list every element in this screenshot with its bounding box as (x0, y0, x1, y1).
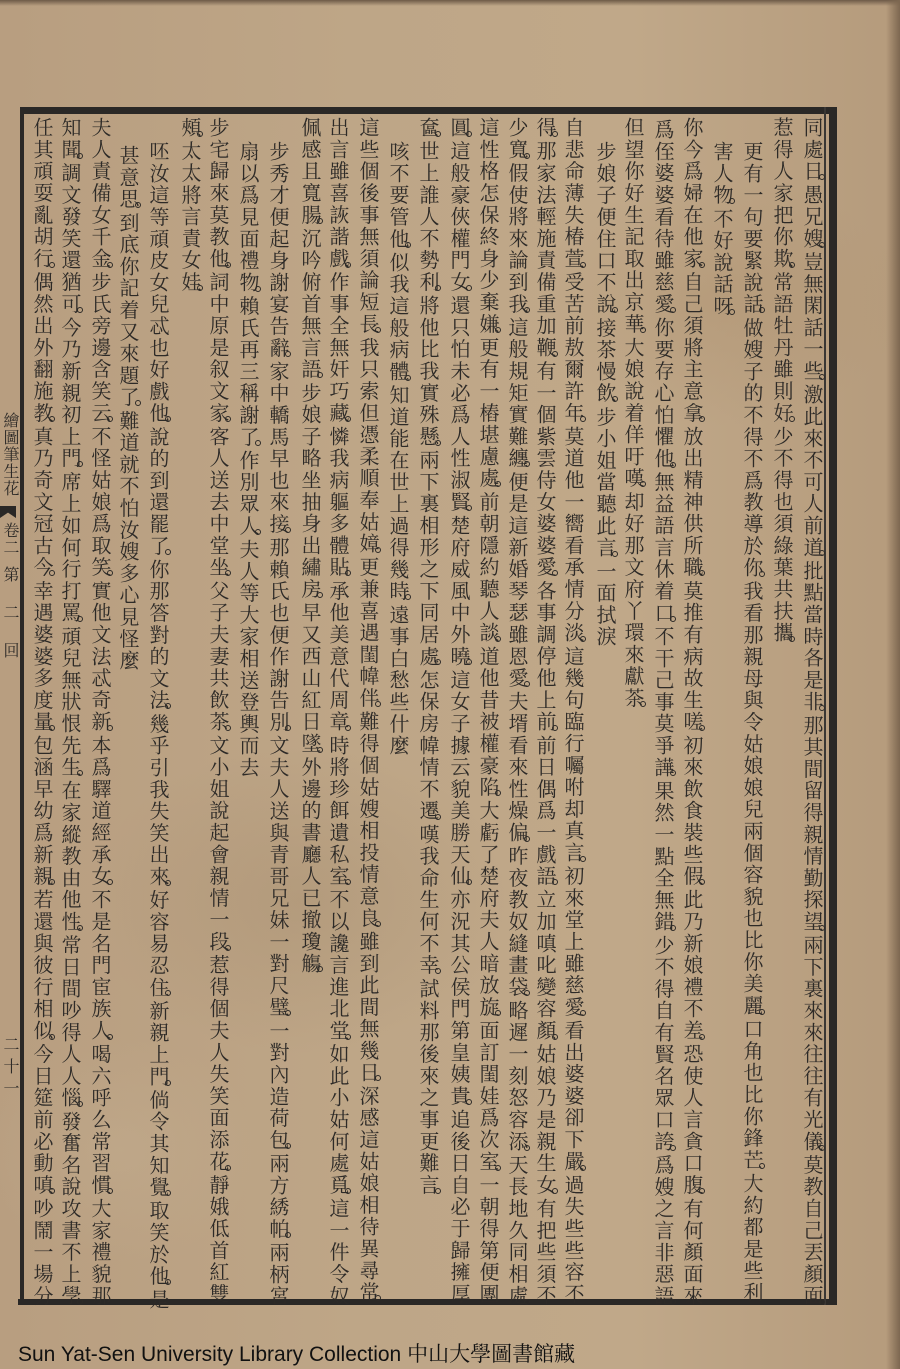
text-column: 爲侄婆婆看待雖慈愛。你要存心怕懼他。無益語言休着口。不干己事莫爭譁。果然一點全無… (651, 119, 675, 1309)
fishtail-mark-icon (0, 506, 16, 518)
folio-number: 二十一 (1, 1036, 19, 1102)
text-column: 圓。這般豪俠權門女。還只怕未必爲人性淑賢。楚府威風中外曉。這女子據云貌美勝天仙。… (447, 117, 471, 1305)
text-column: 你今爲婦在他家。自己須將主意拿。放出精神供所職。莫推有病故生嗟。初來飲食裝些假。… (680, 117, 704, 1307)
text-column: 扇以爲見面禮物。賴氏再三稱謝了。作別眾人。夫人等大家相送登輿而去 (236, 141, 260, 779)
library-credit: Sun Yat-Sen University Library Collectio… (18, 1338, 575, 1368)
text-column: 同處日。愚兄嫂、豈無閑話一些。激此來不可人前道。批點當時各是非。那其間留得親情勤… (800, 117, 824, 1309)
text-column: 步宅歸來莫教他。詞中原是叙文家。客人送去中堂坐。父子夫妻共飲茶。文小姐說起會親情… (206, 117, 230, 1305)
page-edge-right (886, 0, 900, 1369)
text-column: 頰。太太將言責女娃。 (178, 117, 202, 295)
text-column: 出言雖喜詼諧戲。作事全無奸巧藏。憐我病軀多體貼。承他美意代周章。時將珍餌遺私室。… (326, 117, 350, 1307)
text-column: 奩。世上誰人不勢利。將他比我實殊懸。兩下裏相形之下同居處。怎保房幃情不遷。嘆我命… (416, 117, 440, 1198)
chapter-label: 第二回 (1, 566, 19, 680)
text-column: 呸汝這等頑皮女兒忒也好戲他。說的到還罷了。你那答對的文法。幾乎引我失笑出來。好容… (146, 141, 170, 1311)
frame-border-left (20, 107, 24, 1305)
text-column: 知聞。調文發笑還猶可。今乃新親初上門。席上如何行打罵。頑兒無狀恨先生。在家縱教由… (58, 117, 82, 1309)
text-column: 夫人責備女千金。步氏旁邊含笑云。不怪姑娘爲取笑。實他文法忒奇新。本爲驛道經承女。… (88, 117, 112, 1307)
text-column: 步秀才便起身謝宴告辭。家中轎馬早也來接。那賴氏也便作謝告別。文夫人送與青哥兄妹一… (266, 141, 290, 1307)
book-title: 繪圖筆生花 (1, 412, 19, 497)
text-column: 得。那家法輕施責備重加鞭。有一個紫雲侍女婆婆愛。各事調停他上前。前日偶爲一戲語。… (533, 117, 557, 1307)
frame-border-right-outer (829, 107, 837, 1305)
text-column: 這些個後事無須論短長。我只索但憑柔順奉姑嫜。更兼喜遇閨幃伴。難得個姑嫂相投情意良… (356, 117, 380, 1305)
text-column: 步娘子便住口不說。接茶慢飲。步小姐當聽此言。一面拭淚 (593, 141, 617, 648)
scanned-book-page: 繪圖筆生花 卷二 第二回 二十一 同處日。愚兄嫂、豈無閑話一些。激此來不可人前道… (0, 0, 900, 1369)
text-column: 少寬。假使將來論到我。這般規矩實難纏。便是這新婚琴瑟雖恩愛。夫壻看來性燥偏。昨夜… (505, 117, 529, 1309)
text-column: 這性格怎保終身少棄嫌。更有一樁堪慮處。前朝隱約聽人談。道他昔被權豪陷。大虧了楚府… (476, 117, 500, 1305)
text-column: 自悲命薄失椿萱。受苦前敖爾許年。莫道他一嚮看承情分淡。這幾句臨行囑咐却真言。初來… (561, 117, 585, 1305)
frame-border-bottom (18, 1299, 837, 1305)
page-edge-top (0, 0, 900, 6)
text-column: 惹得人家把你欺。常語牡丹雖則好。少不得也須綠葉共扶攜。 (770, 117, 794, 646)
frame-border-top (20, 107, 837, 114)
text-column: 佩感且寬腸。沉吟俯首無言語。步娘子略坐抽身出繡房。早又西山紅日墜。外邊的書廳人已… (298, 117, 322, 976)
text-column: 更有一句要緊說話。做嫂子的不得不爲教導於你。我看那親母與令姑娘娘兒兩個容貌也比你… (740, 141, 764, 1304)
text-column: 咳不要管他。似我這般病體。知道能在世上過得幾時。遠事白愁些什麼 (386, 141, 410, 757)
text-column: 但望你好生記取出京華。大娘說着佯吁嘆。却好那文府丫環來獻茶。 (621, 117, 645, 711)
text-column: 甚意思。到底你記着又來題了。難道就不怕汝嫂多心見怪麼 (116, 145, 140, 672)
text-column: 害人物。不好說話呀。 (710, 141, 734, 319)
volume-label: 卷二 (1, 522, 19, 556)
text-column: 任其頑耍亂胡行。偶然出外翻施教。真乃奇文冠古今。幸遇婆婆多度量。包涵早幼爲新親。… (30, 117, 54, 1307)
